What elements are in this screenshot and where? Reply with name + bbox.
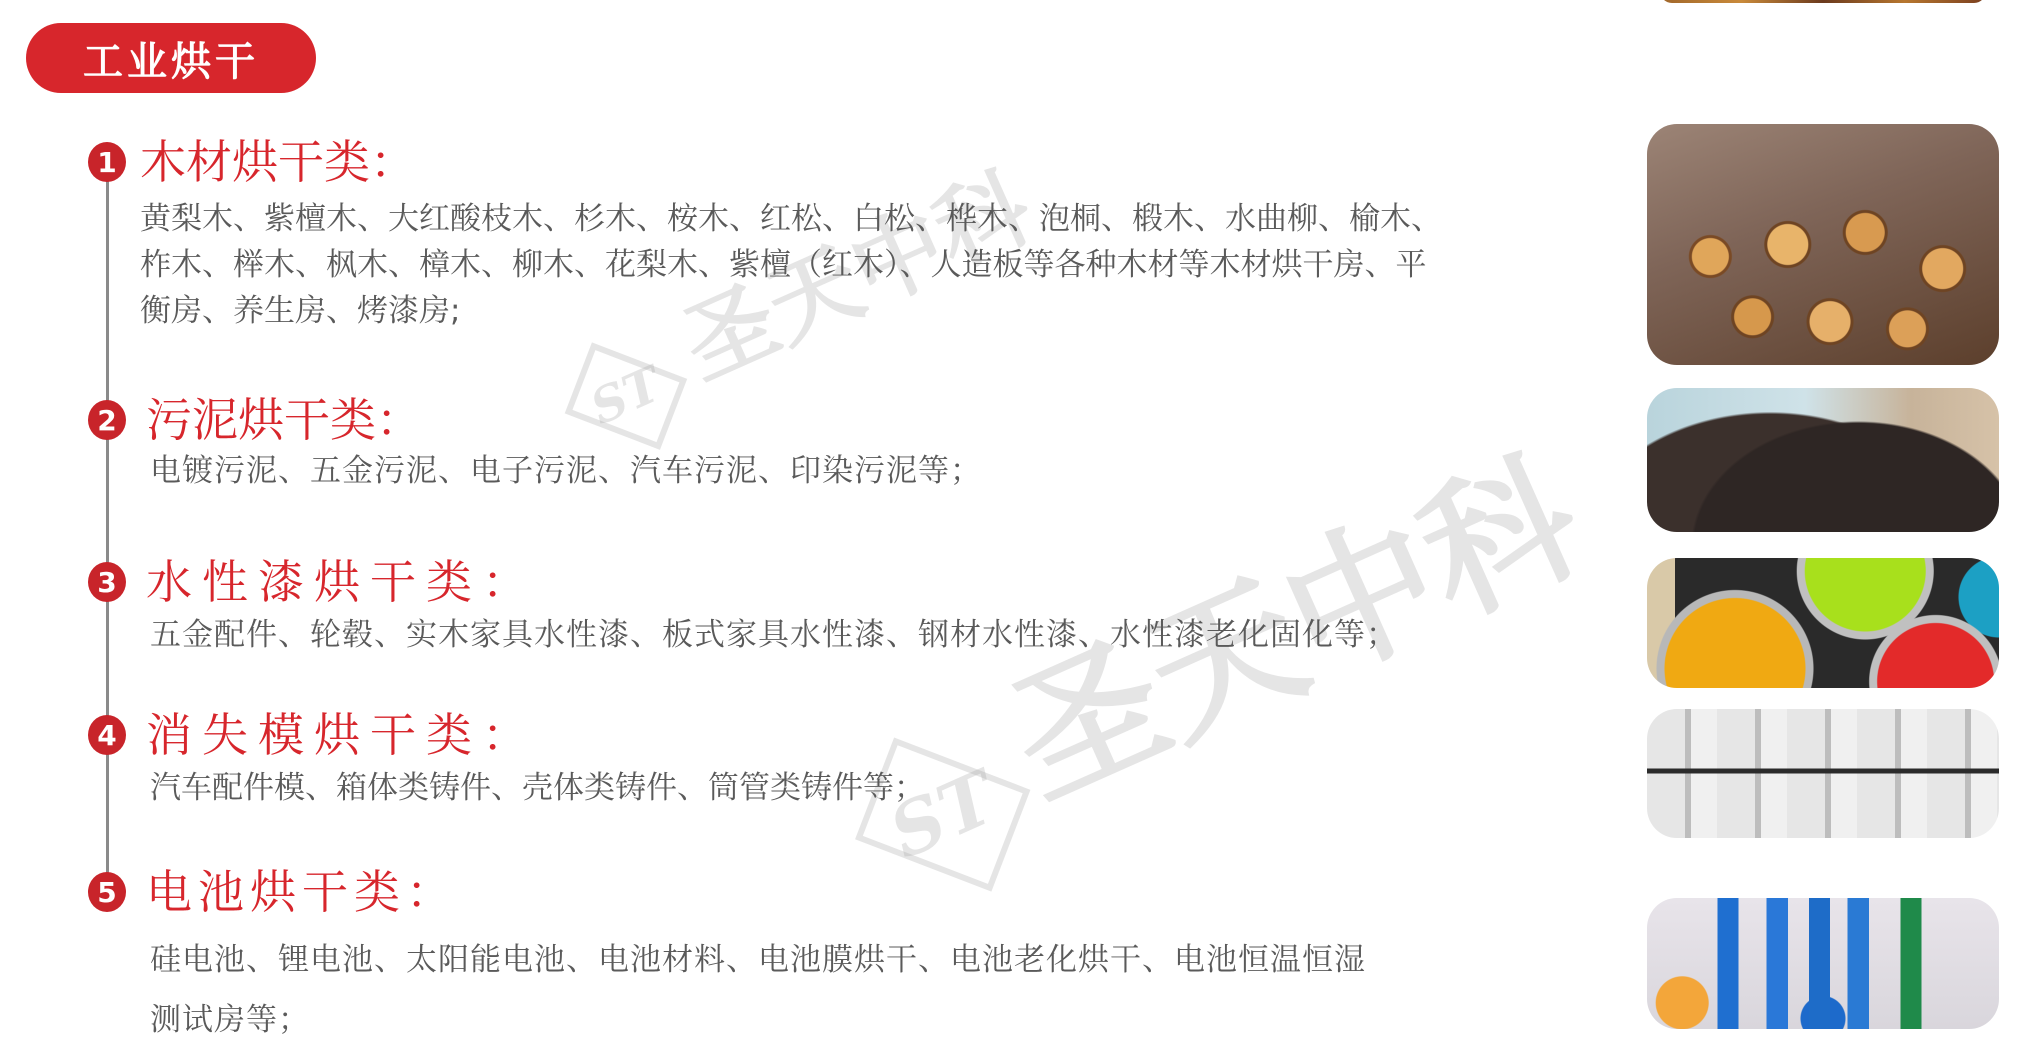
category-description: 硅电池、锂电池、太阳能电池、电池材料、电池膜烘干、电池老化烘干、电池恒温恒湿 测… <box>150 930 1366 1050</box>
batteries-photo <box>1647 898 1999 1029</box>
description-line: 黄梨木、紫檀木、大红酸枝木、杉木、桉木、红松、白松、桦木、泡桐、椴木、水曲柳、榆… <box>140 196 1442 242</box>
sludge-photo <box>1647 388 1999 532</box>
description-line: 衡房、养生房、烤漆房; <box>140 288 1442 334</box>
category-description: 汽车配件模、箱体类铸件、壳体类铸件、筒管类铸件等； <box>150 765 925 811</box>
category-title: 消失模烘干类： <box>146 709 538 761</box>
category-wood: 1 木材烘干类： 黄梨木、紫檀木、大红酸枝木、杉木、桉木、红松、白松、桦木、泡桐… <box>88 136 1442 334</box>
category-title: 污泥烘干类： <box>146 394 422 446</box>
description-line: 硅电池、锂电池、太阳能电池、电池材料、电池膜烘干、电池老化烘干、电池恒温恒湿 <box>150 930 1366 990</box>
category-description: 五金配件、轮毂、实木家具水性漆、板式家具水性漆、钢材水性漆、水性漆老化固化等； <box>150 612 1398 658</box>
category-sludge: 2 污泥烘干类： 电镀污泥、五金污泥、电子污泥、汽车污泥、印染污泥等； <box>88 394 982 494</box>
description-line: 柞木、榉木、枫木、樟木、柳木、花梨木、紫檀（红木）、人造板等各种木材等木材烘干房… <box>140 242 1442 288</box>
category-description: 黄梨木、紫檀木、大红酸枝木、杉木、桉木、红松、白松、桦木、泡桐、椴木、水曲柳、榆… <box>140 196 1442 334</box>
description-line: 汽车配件模、箱体类铸件、壳体类铸件、筒管类铸件等； <box>150 765 925 811</box>
category-waterborne-paint: 3 水性漆烘干类： 五金配件、轮毂、实木家具水性漆、板式家具水性漆、钢材水性漆、… <box>88 556 1398 658</box>
category-title: 木材烘干类： <box>140 136 416 188</box>
logs-photo <box>1647 124 1999 365</box>
section-header-pill: 工业烘干 <box>26 23 316 93</box>
number-badge-5: 5 <box>88 872 126 912</box>
description-line: 测试房等； <box>150 990 1366 1050</box>
category-title: 水性漆烘干类： <box>146 556 538 608</box>
category-title: 电池烘干类： <box>146 866 458 918</box>
number-badge-1: 1 <box>88 142 126 182</box>
foam-molds-photo <box>1647 709 1999 838</box>
number-badge-4: 4 <box>88 715 126 755</box>
category-description: 电镀污泥、五金污泥、电子污泥、汽车污泥、印染污泥等； <box>150 448 982 494</box>
top-partial-photo <box>1660 0 1986 3</box>
description-line: 五金配件、轮毂、实木家具水性漆、板式家具水性漆、钢材水性漆、水性漆老化固化等； <box>150 612 1398 658</box>
number-badge-3: 3 <box>88 562 126 602</box>
category-lost-foam: 4 消失模烘干类： 汽车配件模、箱体类铸件、壳体类铸件、筒管类铸件等； <box>88 709 925 811</box>
paint-cans-photo <box>1647 558 1999 688</box>
category-battery: 5 电池烘干类： 硅电池、锂电池、太阳能电池、电池材料、电池膜烘干、电池老化烘干… <box>88 866 1366 1050</box>
number-badge-2: 2 <box>88 400 126 440</box>
description-line: 电镀污泥、五金污泥、电子污泥、汽车污泥、印染污泥等； <box>150 448 982 494</box>
page-title: 工业烘干 <box>83 30 259 87</box>
